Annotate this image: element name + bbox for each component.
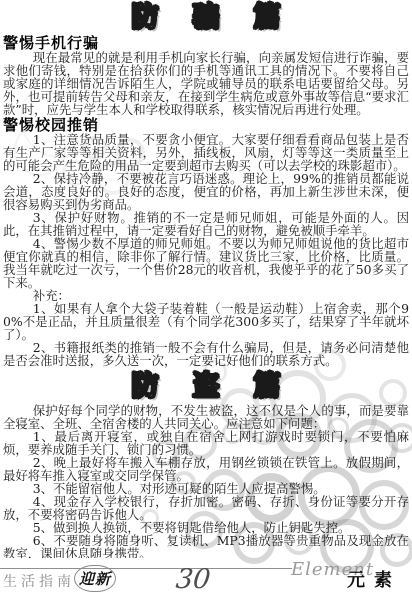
page-content: 防骗篇 警惕手机行骗 现在最常见的就是利用手机向家长行骗，向亲属发短信进行诈骗，… (0, 0, 412, 558)
para-theft-4: 4、现金存入学校银行，存折加密。密码、存折、身份证等要分开存放，不要将密码告诉他… (3, 495, 409, 521)
para-supplement-1: 1、如果有人拿个大袋子装着鞋（一般是运动鞋）上宿舍卖，那个90%不是正品，并且质… (3, 302, 409, 341)
para-sales-2: 2、保持冷静，不要被花言巧语迷惑。理论上，99%的推销员都能说会道，态度良好的。… (3, 172, 409, 211)
para-theft-1: 1、最后离开寝室，或独自在宿舍上网打游戏时要锁门，不要怕麻烦，要养成随手关门、锁… (3, 430, 409, 456)
page-footer: 生活指南 迎新 30 Element 元素 (0, 558, 412, 600)
theft-section-title: 防盗篇 (3, 371, 409, 402)
para-sales-1: 1、注意货品质量，不要贪小便宜。大家要仔细看看商品包装上是否有生产厂家等等相关资… (3, 133, 409, 172)
footer-rule (0, 568, 292, 569)
para-phone-scam: 现在最常见的就是利用手机向家长行骗，向亲属发短信进行诈骗，要求他们寄钱，特别是在… (3, 51, 409, 116)
brand-yuansu-logo: 元素 (347, 566, 401, 592)
fraud-section-title: 防骗篇 (3, 2, 409, 33)
guide-page: 防骗篇 警惕手机行骗 现在最常见的就是利用手机向家长行骗，向亲属发短信进行诈骗，… (0, 0, 412, 600)
para-theft-6: 6、不要随身将随身听、复读机、MP3播放器等贵重物品及现金放在教室，课间休息随身… (3, 534, 409, 558)
para-supplement-2: 2、书籍报纸类的推销一般不会有什么骗局，但是，请务必问清楚他是否会准时送报，多久… (3, 341, 409, 367)
heading-campus-sales: 警惕校园推销 (3, 117, 409, 133)
heading-phone-scam: 警惕手机行骗 (3, 35, 409, 51)
welcome-badge: 迎新 (74, 565, 116, 592)
para-sales-3: 3、保护好财物。推销的不一定是师兄师姐，可能是外面的人。因此，在其推销过程中，请… (3, 211, 409, 237)
para-theft-intro: 保护好每个同学的财物，不发生被盗，这不仅是个人的事，而是要靠全寝室、全班、全宿舍… (3, 404, 409, 430)
para-sales-4: 4、警惕少数不厚道的师兄师姐。不要以为师兄师姐说他的货比超市便宜你就真的相信，除… (3, 237, 409, 289)
para-theft-2: 2、晚上最好将车搬入车棚存放，用钢丝锁锁在铁管上。放假期间，最好将车推入寝室或交… (3, 456, 409, 482)
page-number: 30 (174, 564, 212, 595)
series-label: 生活指南 (3, 571, 75, 591)
